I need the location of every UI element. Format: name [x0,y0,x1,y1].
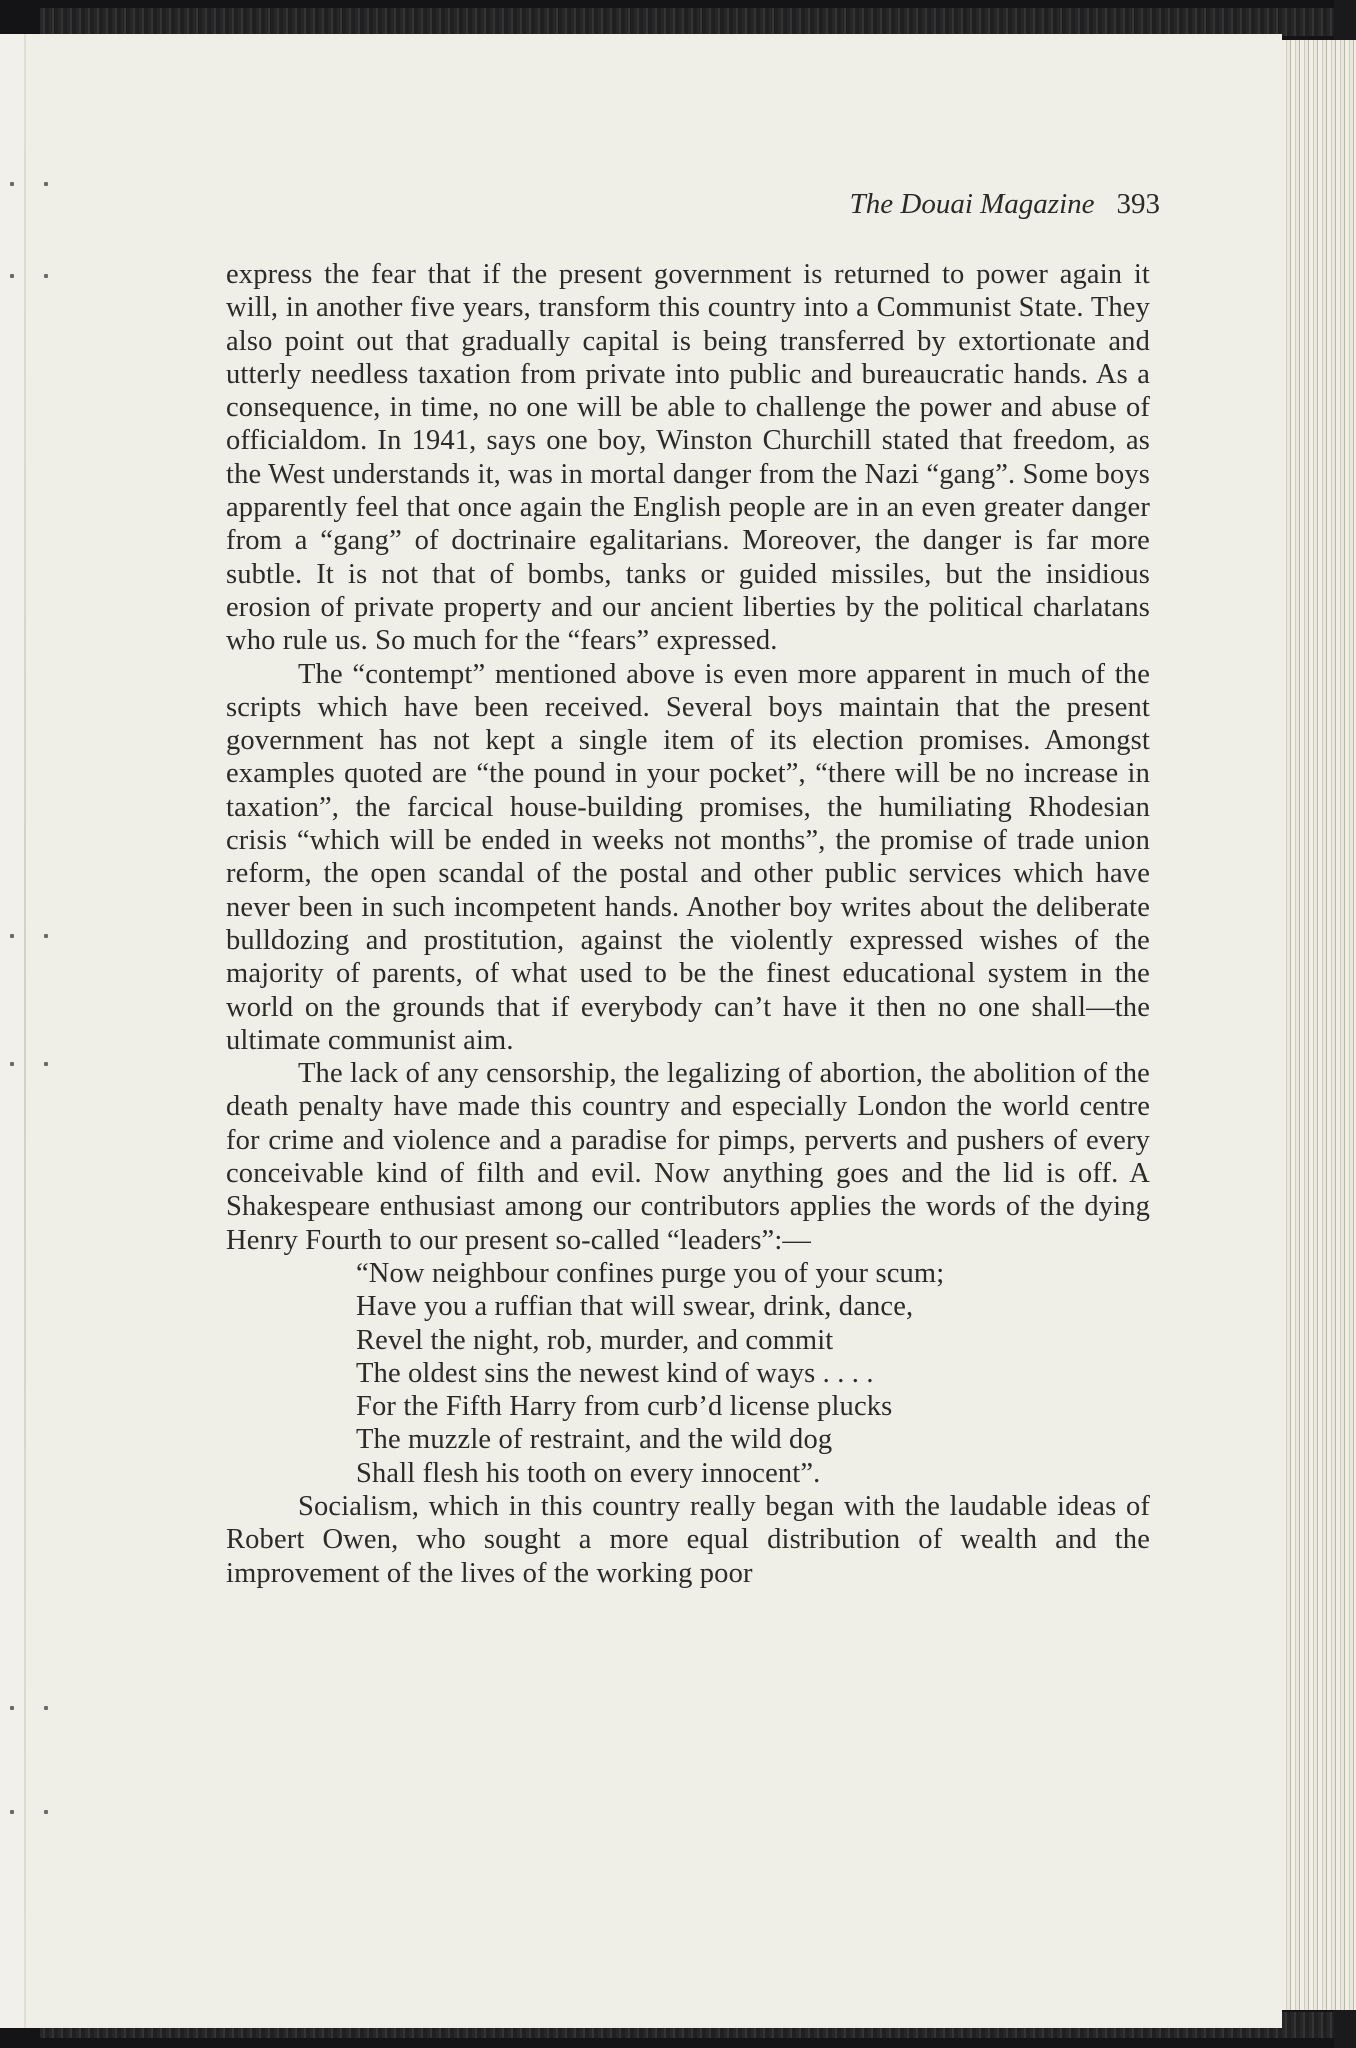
page-number: 393 [1117,188,1161,220]
article-body: express the fear that if the present gov… [226,258,1150,1590]
paragraph: Socialism, which in this country really … [226,1490,1150,1590]
margin-mark [10,1810,14,1814]
margin-mark [10,1706,14,1710]
journal-title: The Douai Magazine [850,188,1095,220]
book-binding-top [40,8,1356,36]
margin-mark [44,934,48,938]
gutter-fold-line [24,34,26,2028]
verse-quotation: “Now neighbour confines purge you of you… [356,1257,1150,1490]
verse-line: For the Fifth Harry from curb’d license … [356,1390,1150,1423]
page-gutter [0,34,24,2028]
margin-mark [44,182,48,186]
margin-mark [10,274,14,278]
verse-line: The oldest sins the newest kind of ways … [356,1357,1150,1390]
margin-mark [10,934,14,938]
verse-line: The muzzle of restraint, and the wild do… [356,1423,1150,1456]
verse-line: Shall flesh his tooth on every innocent”… [356,1457,1150,1490]
margin-mark [10,182,14,186]
running-header: The Douai Magazine393 [740,188,1160,221]
verse-line: Revel the night, rob, murder, and commit [356,1324,1150,1357]
verse-line: “Now neighbour confines purge you of you… [356,1257,1150,1290]
page-edges [1282,40,1356,2010]
verse-line: Have you a ruffian that will swear, drin… [356,1290,1150,1323]
margin-mark [44,1062,48,1066]
paragraph: The lack of any censorship, the legalizi… [226,1057,1150,1257]
margin-mark [10,1062,14,1066]
margin-mark [44,1706,48,1710]
margin-mark [44,1810,48,1814]
paragraph: express the fear that if the present gov… [226,258,1150,658]
scanned-page: The Douai Magazine393 express the fear t… [0,0,1356,2048]
margin-mark [44,274,48,278]
paragraph: The “contempt” mentioned above is even m… [226,658,1150,1058]
